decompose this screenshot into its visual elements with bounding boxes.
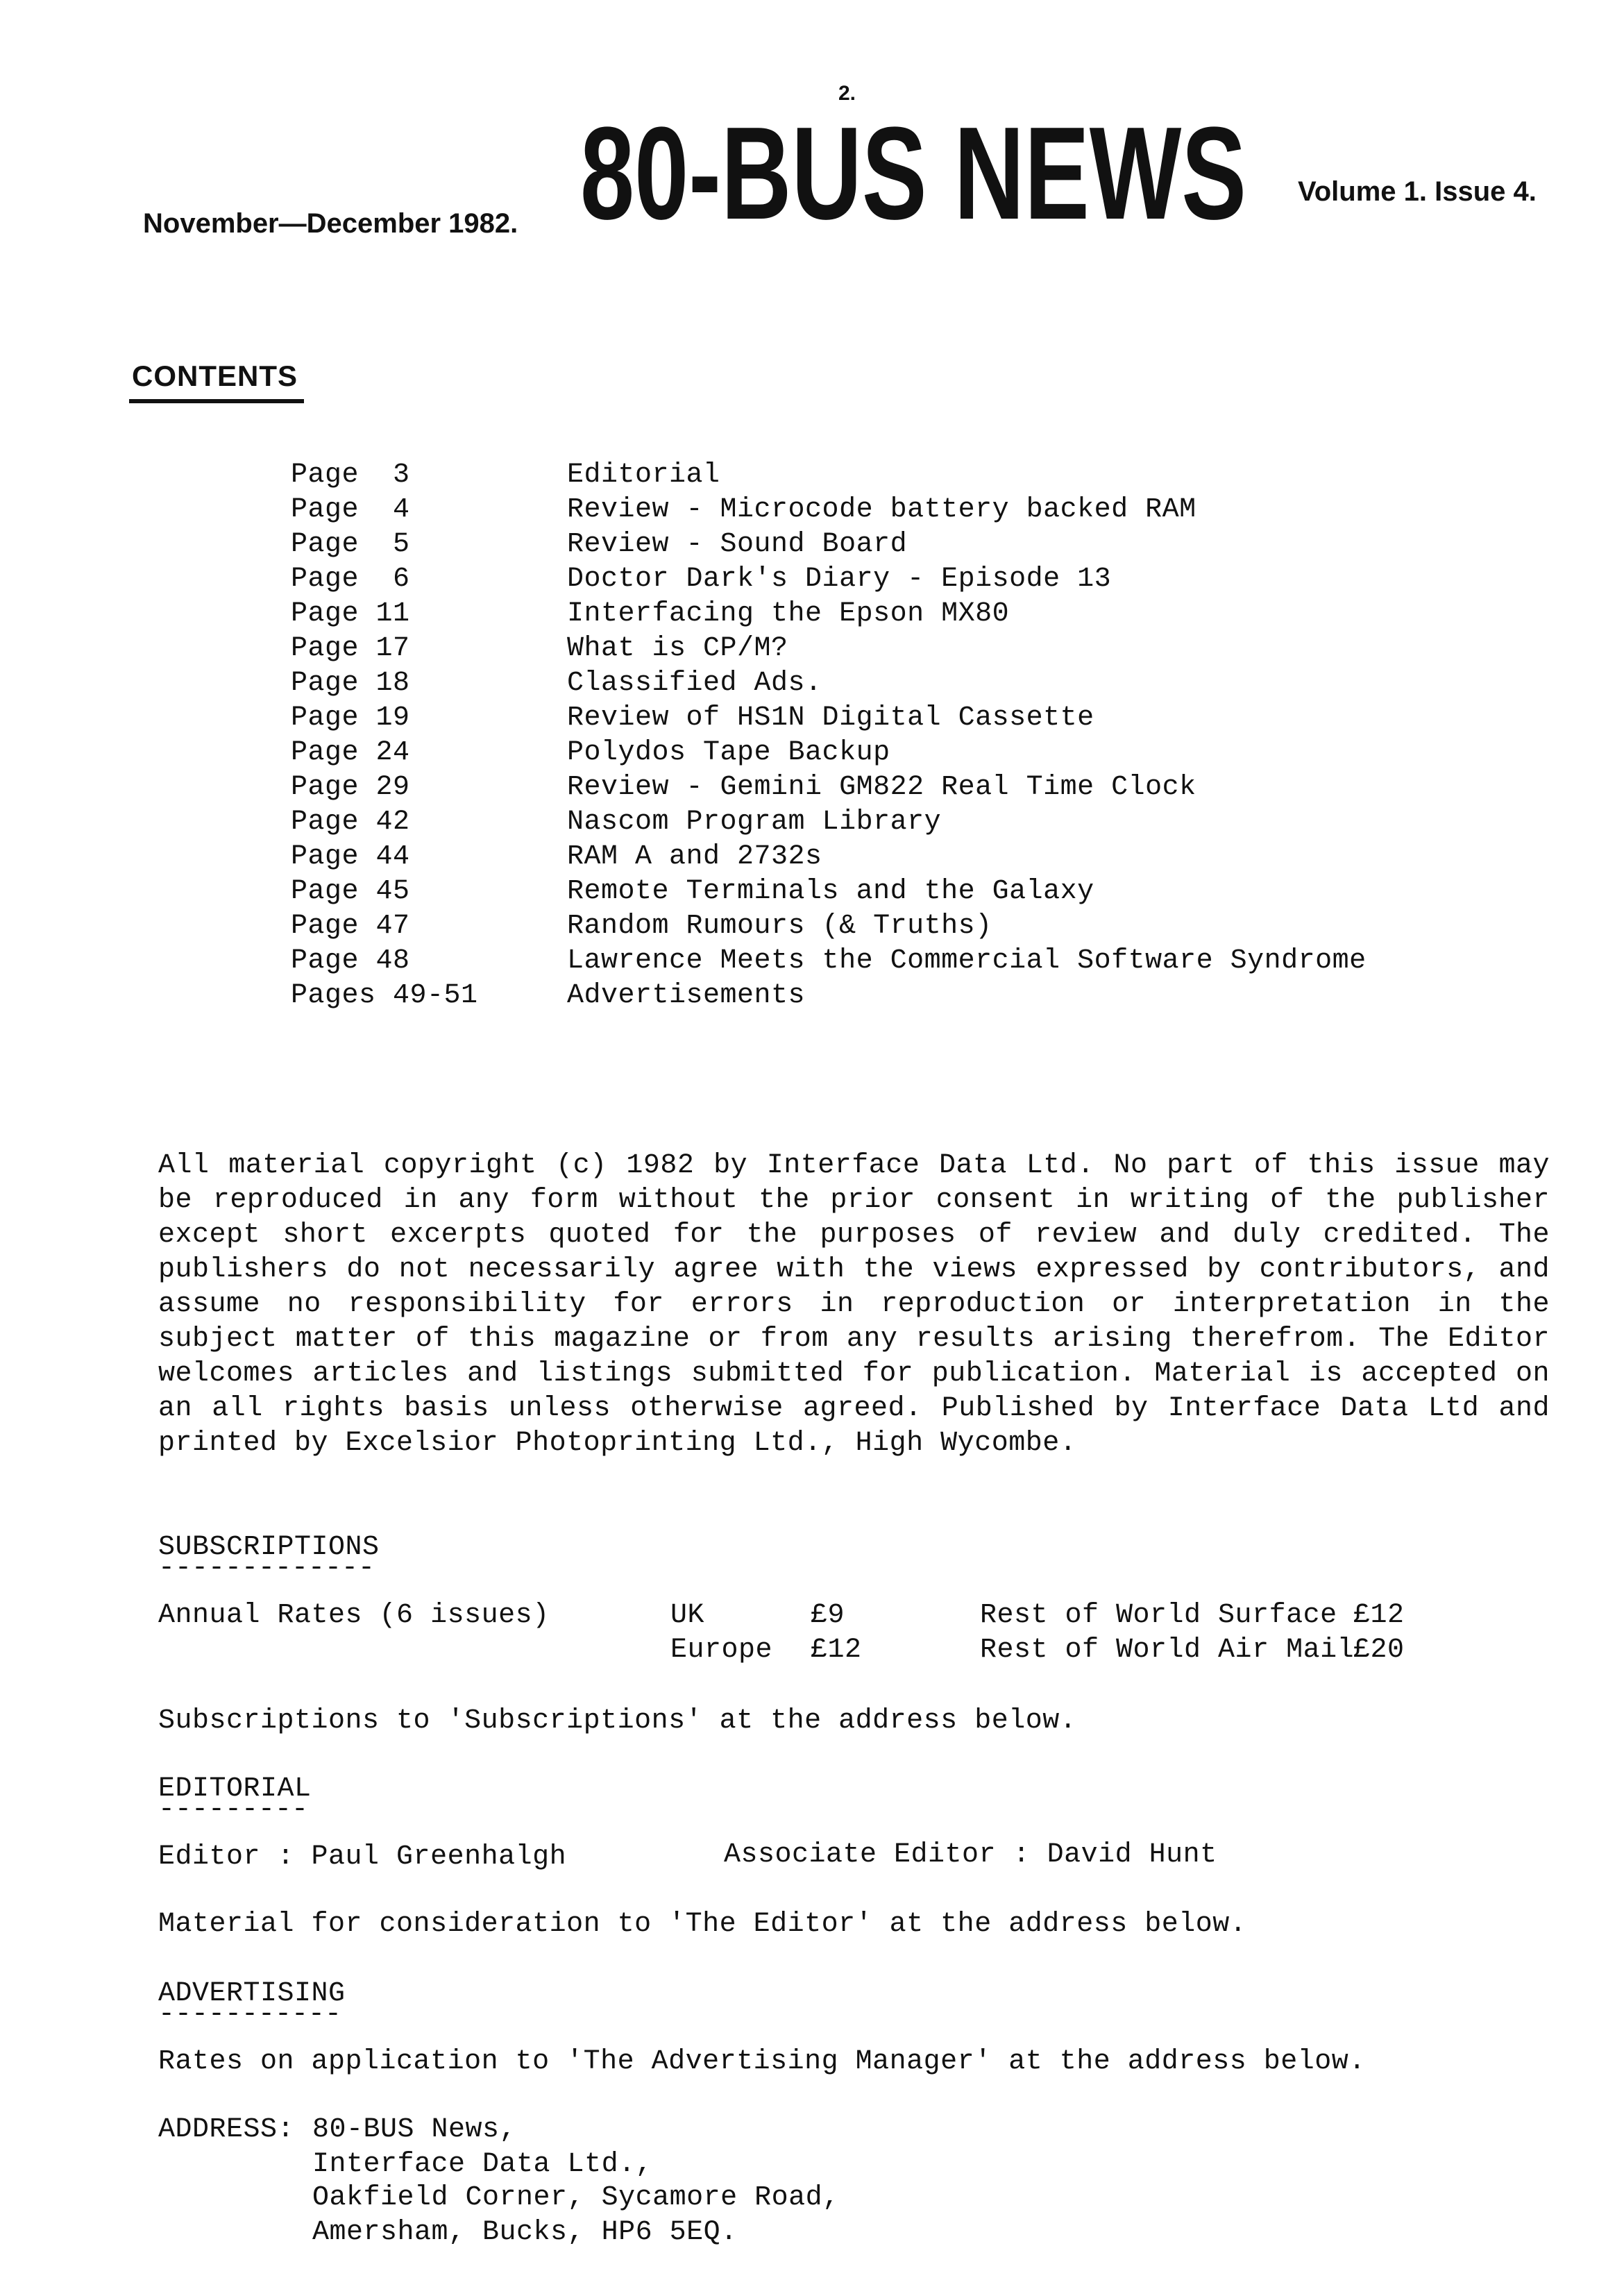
toc-title: Review of HS1N Digital Cassette (567, 701, 1094, 736)
toc-page: Page 5 (291, 527, 567, 562)
toc-title: Random Rumours (& Truths) (567, 909, 992, 944)
volume-issue: Volume 1. Issue 4. (1298, 176, 1537, 208)
masthead-title: 80-BUS NEWS (580, 115, 1246, 236)
toc-page: Page 6 (291, 562, 567, 597)
rate-region-row-surface: Rest of World Surface (980, 1598, 1337, 1633)
toc-title: Interfacing the Epson MX80 (567, 597, 1009, 632)
address-line: Oakfield Corner, Sycamore Road, (312, 2181, 840, 2215)
toc-page: Page 47 (291, 909, 567, 944)
rate-price-uk: £9 (811, 1598, 845, 1633)
toc-page: Page 29 (291, 770, 567, 805)
toc-row[interactable]: Page 17What is CP/M? (291, 632, 1367, 666)
toc-page: Page 4 (291, 493, 567, 527)
toc-row[interactable]: Page 18Classified Ads. (291, 666, 1367, 701)
toc-row[interactable]: Page 19Review of HS1N Digital Cassette (291, 701, 1367, 736)
toc-row[interactable]: Page 44RAM A and 2732s (291, 840, 1367, 875)
advertising-note: Rates on application to 'The Advertising… (158, 2045, 1366, 2079)
toc-title: Review - Microcode battery backed RAM (567, 493, 1196, 527)
subscriptions-note: Subscriptions to 'Subscriptions' at the … (158, 1704, 1076, 1739)
toc-row[interactable]: Page 48Lawrence Meets the Commercial Sof… (291, 944, 1367, 979)
rate-price-row-airmail: £20 (1353, 1633, 1405, 1668)
toc-page: Page 24 (291, 736, 567, 770)
toc-page: Pages 49-51 (291, 979, 567, 1013)
masthead-logo-graphic: 80-BUS NEWS (573, 115, 1253, 236)
toc-page: Page 18 (291, 666, 567, 701)
editorial-note: Material for consideration to 'The Edito… (158, 1907, 1246, 1942)
rate-region-row-airmail: Rest of World Air Mail (980, 1633, 1354, 1668)
toc-row[interactable]: Page 4Review - Microcode battery backed … (291, 493, 1367, 527)
toc-row[interactable]: Page 42Nascom Program Library (291, 805, 1367, 840)
toc-title: Polydos Tape Backup (567, 736, 890, 770)
toc-row[interactable]: Page 47Random Rumours (& Truths) (291, 909, 1367, 944)
toc-row[interactable]: Page 24Polydos Tape Backup (291, 736, 1367, 770)
toc-page: Page 48 (291, 944, 567, 979)
rate-region-europe: Europe (670, 1633, 772, 1668)
address-line: Amersham, Bucks, HP6 5EQ. (312, 2215, 738, 2250)
toc-page: Page 19 (291, 701, 567, 736)
rate-price-europe: £12 (811, 1633, 862, 1668)
advertising-underline: ----------- (158, 1998, 341, 2032)
toc-row[interactable]: Page 5Review - Sound Board (291, 527, 1367, 562)
annual-rates-label: Annual Rates (6 issues) (158, 1598, 550, 1633)
address-line: Interface Data Ltd., (312, 2147, 652, 2182)
masthead-logo: 80-BUS NEWS (573, 115, 1253, 236)
toc-page: Page 11 (291, 597, 567, 632)
contents-heading: CONTENTS (132, 360, 298, 393)
toc-row[interactable]: Page 11Interfacing the Epson MX80 (291, 597, 1367, 632)
rate-region-uk: UK (670, 1598, 704, 1633)
toc-page: Page 44 (291, 840, 567, 875)
editor-name: Editor : Paul Greenhalgh (158, 1840, 566, 1875)
contents-underline (129, 399, 304, 403)
address-line: 80-BUS News, (312, 2113, 516, 2147)
toc-page: Page 45 (291, 875, 567, 909)
toc-row[interactable]: Page 45Remote Terminals and the Galaxy (291, 875, 1367, 909)
subscriptions-underline: ------------- (158, 1551, 375, 1586)
associate-editor-name: Associate Editor : David Hunt (724, 1838, 1217, 1873)
toc-title: Review - Sound Board (567, 527, 907, 562)
toc-title: Lawrence Meets the Commercial Software S… (567, 944, 1367, 979)
toc-title: Review - Gemini GM822 Real Time Clock (567, 770, 1196, 805)
toc-title: Nascom Program Library (567, 805, 941, 840)
toc-row[interactable]: Page 6Doctor Dark's Diary - Episode 13 (291, 562, 1367, 597)
issue-date: November—December 1982. (143, 208, 518, 239)
toc-title: Advertisements (567, 979, 805, 1013)
copyright-notice: All material copyright (c) 1982 by Inter… (158, 1149, 1550, 1461)
address-label: ADDRESS: (158, 2113, 294, 2147)
toc-row[interactable]: Pages 49-51Advertisements (291, 979, 1367, 1013)
toc-page: Page 42 (291, 805, 567, 840)
toc-row[interactable]: Page 3Editorial (291, 458, 1367, 493)
toc-title: RAM A and 2732s (567, 840, 822, 875)
toc-page: Page 17 (291, 632, 567, 666)
toc-row[interactable]: Page 29Review - Gemini GM822 Real Time C… (291, 770, 1367, 805)
editorial-underline: --------- (158, 1793, 308, 1827)
rate-price-row-surface: £12 (1353, 1598, 1405, 1633)
toc-title: Doctor Dark's Diary - Episode 13 (567, 562, 1111, 597)
table-of-contents: Page 3Editorial Page 4Review - Microcode… (291, 458, 1367, 1013)
toc-title: Remote Terminals and the Galaxy (567, 875, 1094, 909)
toc-title: Editorial (567, 458, 720, 493)
page-number: 2. (838, 82, 856, 105)
toc-title: What is CP/M? (567, 632, 788, 666)
toc-page: Page 3 (291, 458, 567, 493)
toc-title: Classified Ads. (567, 666, 822, 701)
